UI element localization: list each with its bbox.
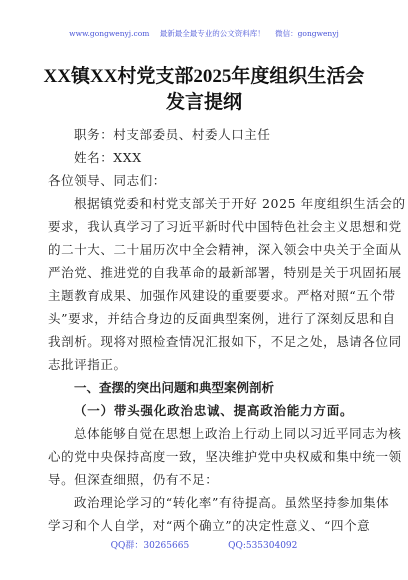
intro-line: 志批评指正。 [48, 353, 368, 376]
intro-line: 我剖析。现将对照检查情况汇报如下，不足之处，恳请各位同 [48, 330, 368, 353]
intro-line: 严治党、推进党的自我革命的最新部署，特别是关于巩固拓展 [48, 261, 368, 284]
position-line: 职务：村支部委员、村委人口主任 [48, 123, 368, 146]
paragraph-line: 导。但深查细照，仍有不足： [48, 468, 368, 491]
intro-line: 主题教育成果、加强作风建设的重要要求。严格对照“五个带 [48, 284, 368, 307]
document-title: XX镇XX村党支部2025年度组织生活会 发言提纲 [30, 64, 378, 116]
slogan-text: 最新最全最专业的公文资料库！ [160, 29, 265, 38]
website-link[interactable]: www.gongwenyj.com [69, 29, 149, 38]
intro-line: 头”要求，并结合身边的反面典型案例，进行了深刻反思和自 [48, 307, 368, 330]
intro-line: 根据镇党委和村党支部关于开好 2025 年度组织生活会的 [48, 192, 368, 215]
document-body: 职务：村支部委员、村委人口主任 姓名：XXX 各位领导、同志们： 根据镇党委和村… [48, 123, 368, 537]
qq-group-text: QQ群：30265665 [111, 541, 190, 551]
salutation: 各位领导、同志们： [48, 169, 368, 192]
watermark-header: www.gongwenyj.com 最新最全最专业的公文资料库！ 微信：gong… [0, 28, 408, 39]
name-line: 姓名：XXX [48, 146, 368, 169]
intro-line: 要求，我认真学习了习近平新时代中国特色社会主义思想和党 [48, 215, 368, 238]
watermark-footer: QQ群：30265665 QQ:535304092 [0, 538, 408, 551]
title-line-2: 发言提纲 [30, 90, 378, 116]
paragraph-line: 学习和个人自学，对“两个确立”的决定性意义、“四个意 [48, 514, 368, 537]
paragraph-line: 总体能够自觉在思想上政治上行动上同以习近平同志为核 [48, 422, 368, 445]
intro-line: 的二十大、二十届历次中全会精神，深入领会中央关于全面从 [48, 238, 368, 261]
subsection-heading: （一）带头强化政治忠诚、提高政治能力方面。 [48, 399, 368, 422]
title-line-1: XX镇XX村党支部2025年度组织生活会 [30, 64, 378, 90]
qq-text: QQ:535304092 [228, 541, 297, 551]
paragraph-line: 政治理论学习的“转化率”有待提高。虽然坚持参加集体 [48, 491, 368, 514]
wechat-text: 微信：gongwenyj [275, 29, 339, 38]
section-heading: 一、查摆的突出问题和典型案例剖析 [48, 376, 368, 399]
paragraph-line: 心的党中央保持高度一致，坚决维护党中央权威和集中统一领 [48, 445, 368, 468]
